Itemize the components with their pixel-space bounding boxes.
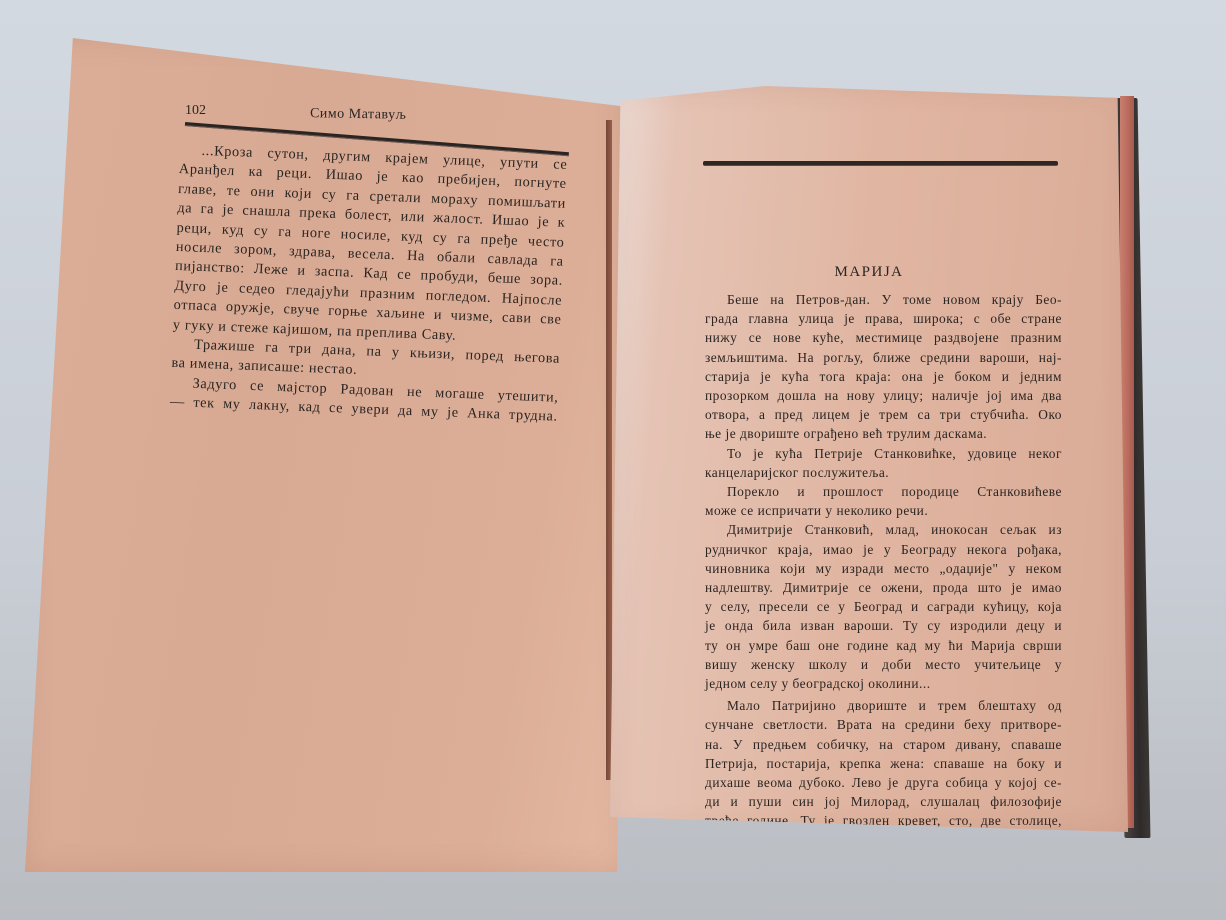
text-line: надлештву. Димитрије се ожени, прода што… — [705, 578, 1062, 597]
text-line: на. У предњем собичку, на старом дивану,… — [705, 735, 1062, 754]
text-line: рудничког краја, имао је у Београду неко… — [705, 540, 1062, 559]
text-line: канцеларијског послужитеља. — [705, 463, 1062, 482]
left-page: 102 Симо Матавуљ ...Кроза сутон, другим … — [25, 38, 623, 872]
text-line: Димитрије Станковић, млад, инокосан сеља… — [705, 520, 1062, 539]
text-line: чиновника који му изради место „одаџије"… — [705, 559, 1062, 578]
text-line: сунчане светлости. Врата на средини беху… — [705, 715, 1062, 734]
text-line: треће године. Ту је гвозден кревет, сто,… — [705, 811, 1062, 830]
text-line: Мало Патријино двориште и трем блештаху … — [705, 696, 1062, 715]
text-line: нижу се нове куће, местимице раздвојене … — [705, 328, 1062, 347]
text-line: Петрија, постарија, крепка жена: спаваше… — [705, 754, 1062, 773]
photo-scene: 102 Симо Матавуљ ...Кроза сутон, другим … — [0, 0, 1226, 920]
text-line: вишу женску школу и доби место учитељице… — [705, 655, 1062, 674]
text-line: дихаше веома дубоко. Лево је друга собиц… — [705, 773, 1062, 792]
text-line: земљиштима. На рогљу, ближе средини варо… — [705, 348, 1062, 367]
text-line: Порекло и прошлост породице Станковићеве — [705, 482, 1062, 501]
text-line: града главна улица је права, широка; с о… — [705, 309, 1062, 328]
text-line: орман без стакла, пун књига. Десно, у на… — [705, 831, 1062, 850]
chapter-title: МАРИЈА — [610, 264, 1128, 281]
book-gutter — [606, 120, 612, 780]
text-line: Беше на Петров-дан. У томе новом крају Б… — [705, 290, 1062, 309]
right-page-text: Беше на Петров-дан. У томе новом крају Б… — [705, 290, 1062, 850]
right-page: МАРИЈА Беше на Петров-дан. У томе новом … — [610, 86, 1128, 832]
text-line: ди и пуши син јој Милорад, слушалац фило… — [705, 792, 1062, 811]
text-line: отвора, а пред лицем је трем са три стуб… — [705, 405, 1062, 424]
running-head: Симо Матавуљ — [310, 106, 407, 124]
text-line: прозорком дошла на нову улицу; наличје ј… — [705, 386, 1062, 405]
left-page-text: ...Кроза сутон, другим крајем улице, упу… — [170, 141, 568, 427]
text-line: једном селу у београдској околини... — [705, 674, 1062, 693]
chapter-rule — [703, 161, 1058, 166]
page-number: 102 — [185, 103, 206, 119]
text-line: може се испричати у неколико речи. — [705, 501, 1062, 520]
text-line: То је кућа Петрије Станковићке, удовице … — [705, 444, 1062, 463]
text-line: је онда била изван вароши. Ту су изродил… — [705, 616, 1062, 635]
text-line: ње је двориште ограђено већ трулим даска… — [705, 424, 1062, 443]
text-line: ту он умре баш оне године кад му ћи Мари… — [705, 636, 1062, 655]
text-line: у селу, пресели се у Београд и сагради к… — [705, 597, 1062, 616]
text-line: старија је кућа тога краја: она је боком… — [705, 367, 1062, 386]
